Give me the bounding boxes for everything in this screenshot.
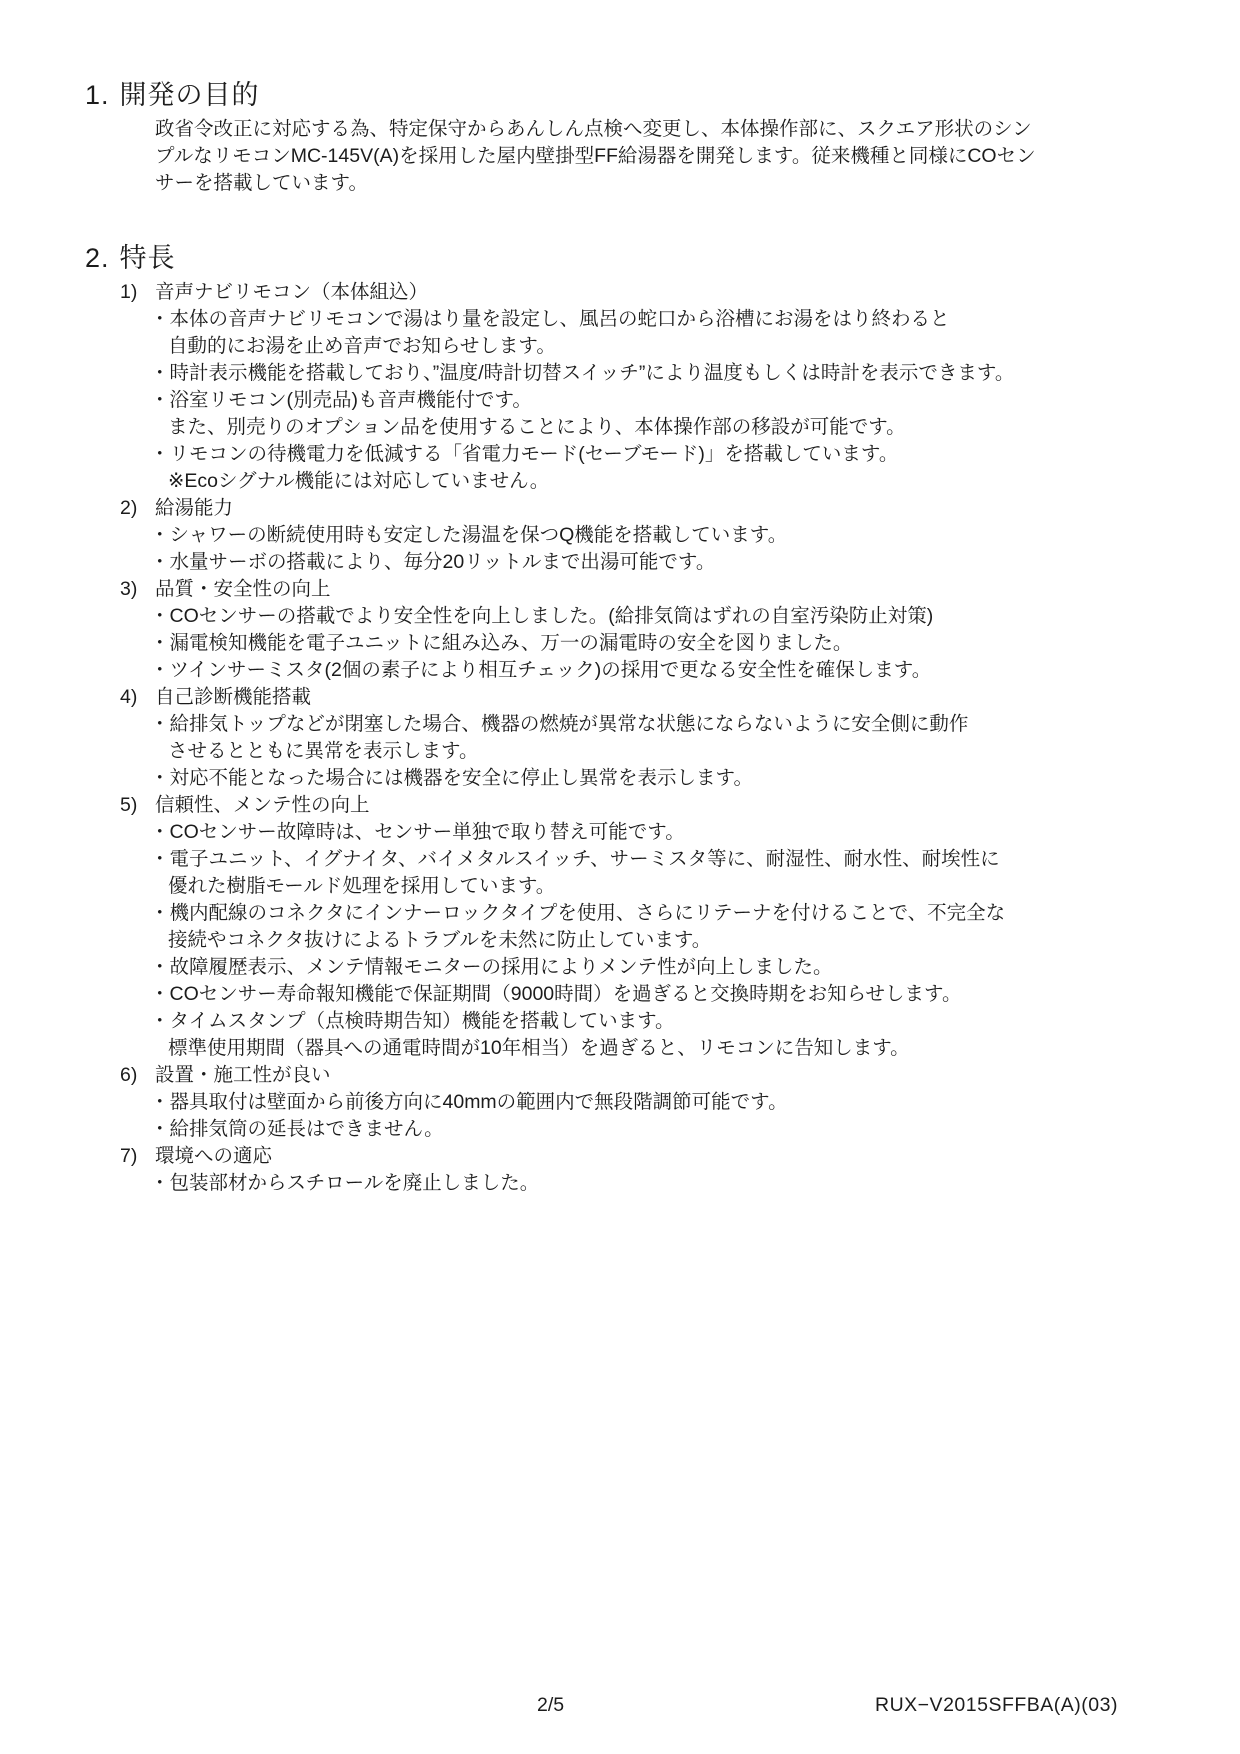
feature-item: 7)環境への適応 ・包装部材からスチロールを廃止しました。 [0,1143,1240,1197]
feature-item-header: 1)音声ナビリモコン（本体組込） [120,279,1240,306]
feature-line: ・電子ユニット、イグナイタ、バイメタルスイッチ、サーミスタ等に、耐湿性、耐水性、… [150,846,1240,873]
feature-line: ・漏電検知機能を電子ユニットに組み込み、万一の漏電時の安全を図りました。 [150,630,1240,657]
feature-item-title: 給湯能力 [155,497,233,519]
feature-line: ・本体の音声ナビリモコンで湯はり量を設定し、風呂の蛇口から浴槽にお湯をはり終わる… [150,306,1240,333]
feature-item-lines: ・COセンサーの搭載でより安全性を向上しました。(給排気筒はずれの自室汚染防止対… [0,603,1240,684]
section1-title: 開発の目的 [120,80,260,110]
feature-line-continuation: 優れた樹脂モールド処理を採用しています。 [168,873,1240,900]
page-footer: 2/5 RUX−V2015SFFBA(A)(03) [0,1692,1240,1720]
feature-item-lines: ・COセンサー故障時は、センサー単独で取り替え可能です。・電子ユニット、イグナイ… [0,819,1240,1062]
feature-item-title: 自己診断機能搭載 [155,686,311,708]
feature-item-lines: ・給排気トップなどが閉塞した場合、機器の燃焼が異常な状態にならないように安全側に… [0,711,1240,792]
feature-item-title: 設置・施工性が良い [155,1064,331,1086]
feature-item-number: 6) [120,1062,155,1089]
paragraph-line: プルなリモコンMC-145V(A)を採用した屋内壁掛型FF給湯器を開発します。従… [155,143,1240,170]
feature-line: ・シャワーの断続使用時も安定した湯温を保つQ機能を搭載しています。 [150,522,1240,549]
feature-item-header: 5)信頼性、メンテ性の向上 [120,792,1240,819]
section2-heading: 2.特長 [85,241,1240,275]
section1-paragraph: 政省令改正に対応する為、特定保守からあんしん点検へ変更し、本体操作部に、スクエア… [155,116,1240,197]
feature-line: ・COセンサーの搭載でより安全性を向上しました。(給排気筒はずれの自室汚染防止対… [150,603,1240,630]
feature-line: ・タイムスタンプ（点検時期告知）機能を搭載しています。 [150,1008,1240,1035]
section1-number: 1. [85,78,110,112]
feature-item-number: 4) [120,684,155,711]
feature-line-continuation: 自動的にお湯を止め音声でお知らせします。 [168,333,1240,360]
feature-line: ・時計表示機能を搭載しており、”温度/時計切替スイッチ”により温度もしくは時計を… [150,360,1240,387]
feature-item: 1)音声ナビリモコン（本体組込） ・本体の音声ナビリモコンで湯はり量を設定し、風… [0,279,1240,495]
feature-line: ・COセンサー寿命報知機能で保証期間（9000時間）を過ぎると交換時期をお知らせ… [150,981,1240,1008]
feature-line: ・リモコンの待機電力を低減する「省電力モード(セーブモード)」を搭載しています。 [150,441,1240,468]
feature-line: ・COセンサー故障時は、センサー単独で取り替え可能です。 [150,819,1240,846]
feature-item-number: 3) [120,576,155,603]
feature-item-lines: ・包装部材からスチロールを廃止しました。 [0,1170,1240,1197]
feature-line: ・機内配線のコネクタにインナーロックタイプを使用、さらにリテーナを付けることで、… [150,900,1240,927]
feature-item-header: 2)給湯能力 [120,495,1240,522]
feature-line: ・給排気筒の延長はできません。 [150,1116,1240,1143]
feature-item-title: 品質・安全性の向上 [155,578,331,600]
feature-item-number: 1) [120,279,155,306]
feature-item-number: 2) [120,495,155,522]
section-development-purpose: 1.開発の目的 政省令改正に対応する為、特定保守からあんしん点検へ変更し、本体操… [0,78,1240,197]
feature-line: ・水量サーボの搭載により、毎分20リットルまで出湯可能です。 [150,549,1240,576]
feature-item: 5)信頼性、メンテ性の向上 ・COセンサー故障時は、センサー単独で取り替え可能で… [0,792,1240,1062]
feature-line: ・ツインサーミスタ(2個の素子により相互チェック)の採用で更なる安全性を確保しま… [150,657,1240,684]
section2-number: 2. [85,241,110,275]
feature-item-title: 環境への適応 [155,1145,272,1167]
feature-item-header: 3)品質・安全性の向上 [120,576,1240,603]
section2-title: 特長 [120,243,176,273]
document-code: RUX−V2015SFFBA(A)(03) [875,1692,1118,1719]
feature-item-title: 音声ナビリモコン（本体組込） [155,281,428,303]
feature-item: 6)設置・施工性が良い ・器具取付は壁面から前後方向に40mmの範囲内で無段階調… [0,1062,1240,1143]
feature-line-continuation: また、別売りのオプション品を使用することにより、本体操作部の移設が可能です。 [168,414,1240,441]
document-page: 1.開発の目的 政省令改正に対応する為、特定保守からあんしん点検へ変更し、本体操… [0,0,1240,1754]
feature-item: 2)給湯能力 ・シャワーの断続使用時も安定した湯温を保つQ機能を搭載しています。… [0,495,1240,576]
feature-item-header: 7)環境への適応 [120,1143,1240,1170]
feature-line-continuation: させるとともに異常を表示します。 [168,738,1240,765]
feature-line: ・対応不能となった場合には機器を安全に停止し異常を表示します。 [150,765,1240,792]
feature-line-continuation: 標準使用期間（器具への通電時間が10年相当）を過ぎると、リモコンに告知します。 [168,1035,1240,1062]
document-content: 1.開発の目的 政省令改正に対応する為、特定保守からあんしん点検へ変更し、本体操… [0,78,1240,1197]
feature-item-number: 5) [120,792,155,819]
feature-line: ・給排気トップなどが閉塞した場合、機器の燃焼が異常な状態にならないように安全側に… [150,711,1240,738]
feature-item-lines: ・器具取付は壁面から前後方向に40mmの範囲内で無段階調節可能です。・給排気筒の… [0,1089,1240,1143]
feature-line: ・包装部材からスチロールを廃止しました。 [150,1170,1240,1197]
paragraph-line: 政省令改正に対応する為、特定保守からあんしん点検へ変更し、本体操作部に、スクエア… [155,116,1240,143]
feature-line-continuation: 接続やコネクタ抜けによるトラブルを未然に防止しています。 [168,927,1240,954]
section1-heading: 1.開発の目的 [85,78,1240,112]
feature-item: 3)品質・安全性の向上 ・COセンサーの搭載でより安全性を向上しました。(給排気… [0,576,1240,684]
feature-line: ・器具取付は壁面から前後方向に40mmの範囲内で無段階調節可能です。 [150,1089,1240,1116]
feature-line: ・故障履歴表示、メンテ情報モニターの採用によりメンテ性が向上しました。 [150,954,1240,981]
feature-item-header: 4)自己診断機能搭載 [120,684,1240,711]
section-features: 2.特長 1)音声ナビリモコン（本体組込） ・本体の音声ナビリモコンで湯はり量を… [0,241,1240,1197]
feature-item-number: 7) [120,1143,155,1170]
feature-item-lines: ・本体の音声ナビリモコンで湯はり量を設定し、風呂の蛇口から浴槽にお湯をはり終わる… [0,306,1240,495]
feature-line-continuation: ※Ecoシグナル機能には対応していません。 [168,468,1240,495]
paragraph-line: サーを搭載しています。 [155,170,1240,197]
feature-line: ・浴室リモコン(別売品)も音声機能付です。 [150,387,1240,414]
feature-item-title: 信頼性、メンテ性の向上 [155,794,370,816]
feature-item-header: 6)設置・施工性が良い [120,1062,1240,1089]
feature-item: 4)自己診断機能搭載 ・給排気トップなどが閉塞した場合、機器の燃焼が異常な状態に… [0,684,1240,792]
feature-items: 1)音声ナビリモコン（本体組込） ・本体の音声ナビリモコンで湯はり量を設定し、風… [0,279,1240,1197]
feature-item-lines: ・シャワーの断続使用時も安定した湯温を保つQ機能を搭載しています。・水量サーボの… [0,522,1240,576]
page-number: 2/5 [537,1692,564,1719]
